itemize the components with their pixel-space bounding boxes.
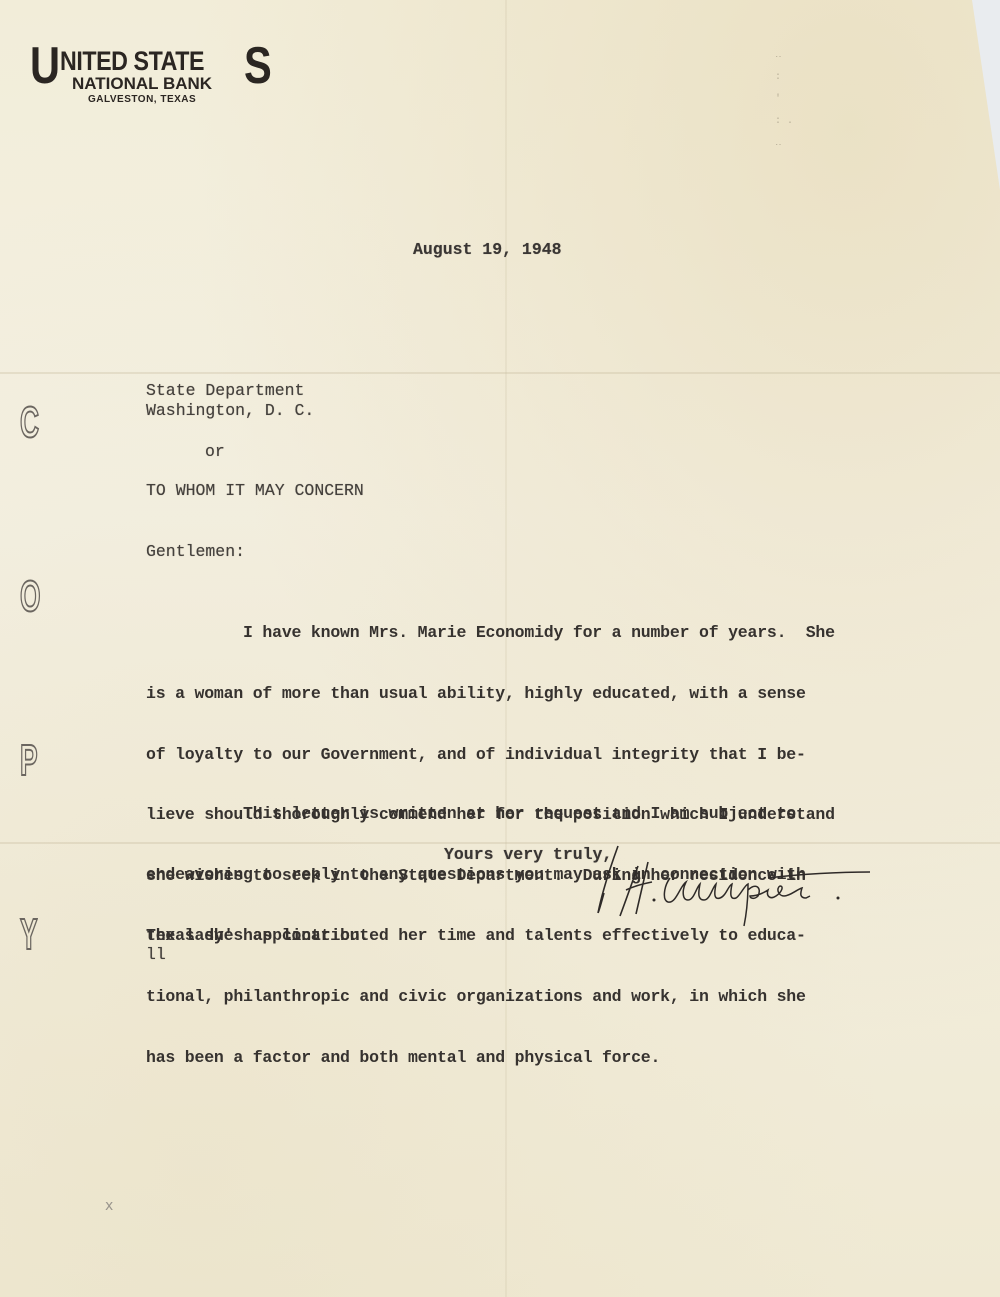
paragraph-line: has been a factor and both mental and ph…: [146, 1048, 835, 1068]
fold-line: [0, 372, 1000, 374]
handwritten-signature: J. H. Kempner: [590, 838, 880, 928]
addressee-line-1: State Department: [146, 381, 304, 400]
closing: Yours very truly,: [444, 845, 612, 864]
letterhead-initial: U: [30, 42, 60, 90]
bleed-through-marks: ‥ : ' : . ‥: [775, 45, 793, 155]
addressee-or: or: [205, 442, 225, 461]
salutation: Gentlemen:: [146, 542, 245, 561]
letter-paper: U NITED STATE S NATIONAL BANK GALVESTON,…: [0, 0, 1000, 1297]
letterhead-city: GALVESTON, TEXAS: [88, 94, 196, 105]
letterhead-final: S: [244, 42, 272, 90]
copy-stamp-letter: C: [20, 398, 39, 448]
letterhead-title: NITED STATE: [60, 46, 204, 77]
paragraph-line: tional, philanthropic and civic organiza…: [146, 987, 835, 1007]
addressee-line-2: Washington, D. C.: [146, 401, 314, 420]
paragraph-line: the lady's application.: [146, 926, 806, 946]
letterhead-subtitle: NATIONAL BANK: [72, 74, 212, 94]
corner-mark: x: [105, 1198, 113, 1214]
addressee-alt: TO WHOM IT MAY CONCERN: [146, 481, 364, 500]
paragraph-line: of loyalty to our Government, and of ind…: [146, 745, 835, 765]
paragraph-line: is a woman of more than usual ability, h…: [146, 684, 835, 704]
paragraph-line: This letter is written at her request an…: [146, 804, 806, 824]
copy-stamp-letter: O: [20, 572, 41, 622]
copy-stamp-letter: P: [20, 736, 38, 786]
torn-corner: [972, 0, 1000, 190]
copy-stamp-letter: Y: [20, 910, 38, 960]
letter-date: August 19, 1948: [413, 240, 562, 259]
reference-initials: ll: [146, 945, 166, 964]
paragraph-line: I have known Mrs. Marie Economidy for a …: [146, 623, 835, 643]
